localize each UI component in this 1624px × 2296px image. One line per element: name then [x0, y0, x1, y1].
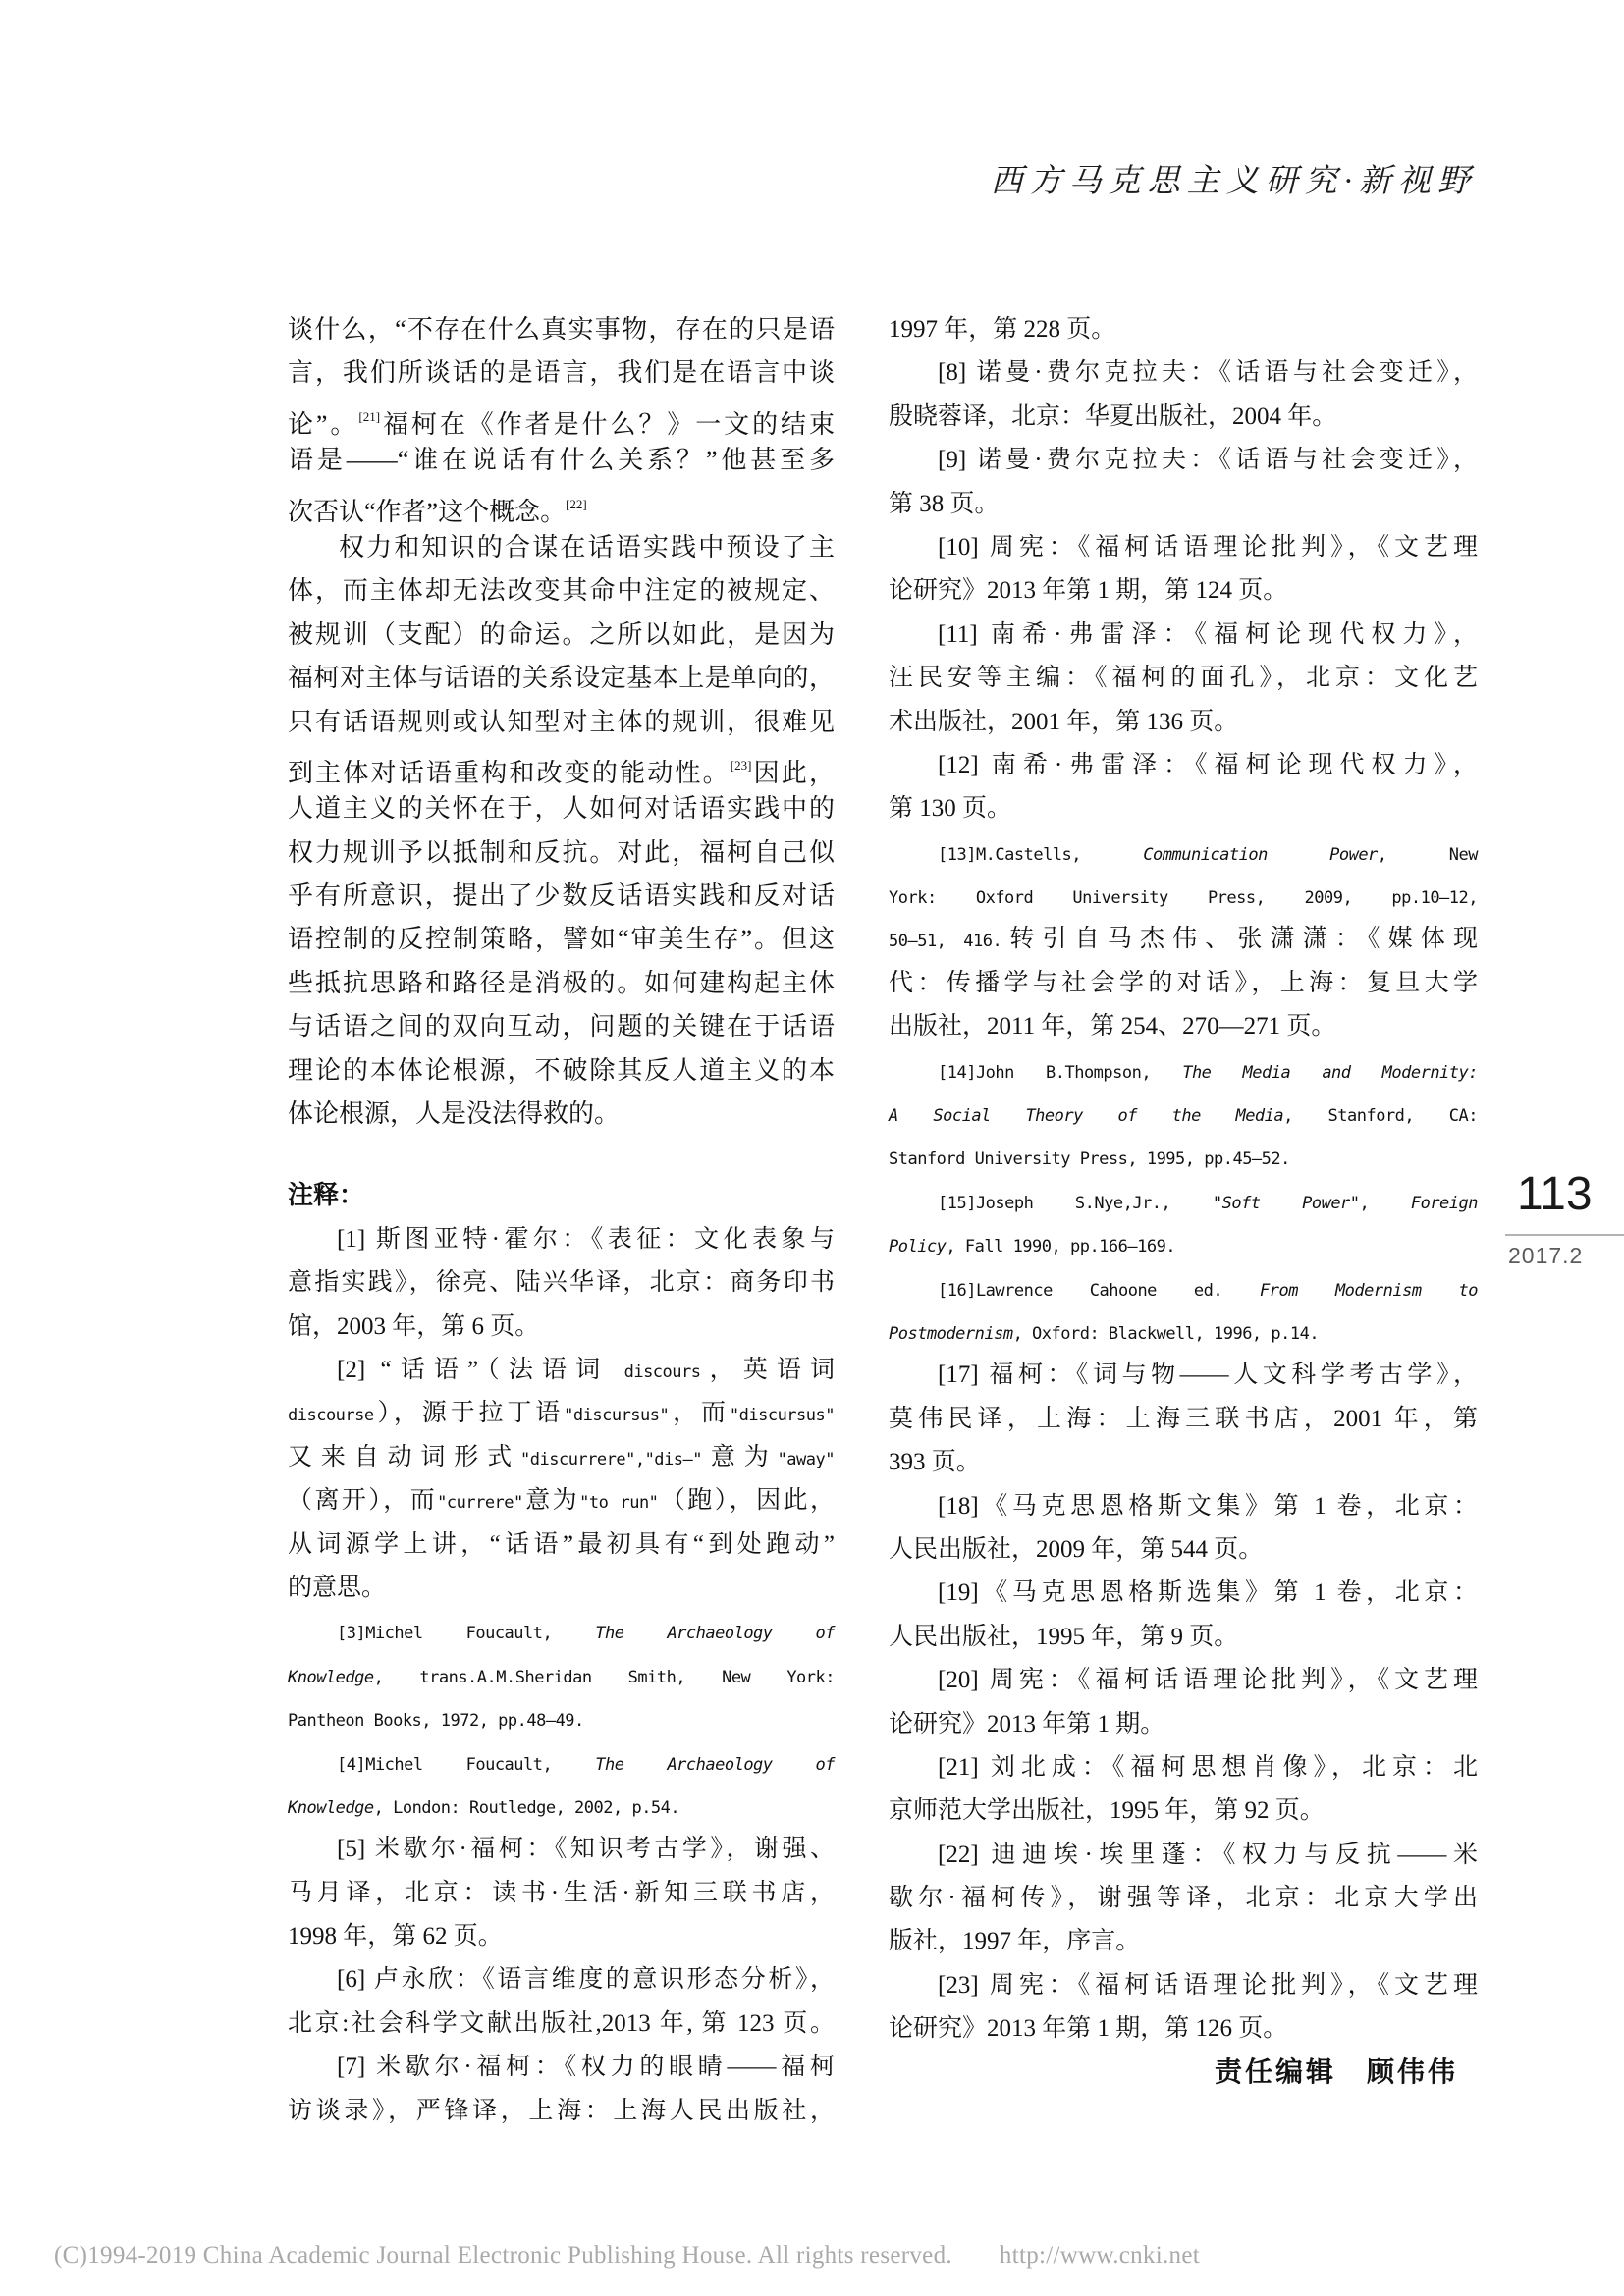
text-line: 次否认“作者”这个概念。[22]	[288, 483, 835, 526]
text-line: 1997 年，第 228 页。	[889, 308, 1478, 351]
column-left: 谈什么，“不存在什么真实事物，存在的只是语言，我们所谈话的是语言，我们是在语言中…	[288, 308, 835, 2133]
copyright-text: (C)1994-2019 China Academic Journal Elec…	[54, 2242, 952, 2269]
text-line: [10] 周宪：《福柯话语理论批判》，《文艺理	[889, 526, 1478, 569]
text-line: 代：传播学与社会学的对话》，上海：复旦大学	[889, 962, 1478, 1005]
text-line: [15]Joseph S.Nye,Jr., "Soft Power", Fore…	[889, 1180, 1478, 1223]
text-line: [1] 斯图亚特·霍尔：《表征：文化表象与	[288, 1218, 835, 1261]
text-line: Knowledge, trans.A.M.Sheridan Smith, New…	[288, 1654, 835, 1697]
text-line: 访谈录》，严锋译，上海：上海人民出版社，	[288, 2090, 835, 2133]
text-line: [16]Lawrence Cahoone ed. From Modernism …	[889, 1267, 1478, 1310]
text-line: 体，而主体却无法改变其命中注定的被规定、	[288, 569, 835, 613]
text-line: [18]《马克思恩格斯文集》第 1 卷，北京：	[889, 1485, 1478, 1528]
text-line: 的意思。	[288, 1567, 835, 1610]
issue-label: 2017.2	[1508, 1243, 1583, 1269]
text-line: 被规训（支配）的命运。之所以如此，是因为	[288, 614, 835, 657]
footer-url: http://www.cnki.net	[1000, 2242, 1200, 2269]
editor-line: 责任编辑 顾伟伟	[889, 2052, 1478, 2095]
notes-heading: 注释：	[288, 1174, 835, 1217]
text-line: [7] 米歇尔·福柯：《权力的眼睛——福柯	[288, 2046, 835, 2089]
text-line: Stanford University Press, 1995, pp.45—5…	[889, 1136, 1478, 1179]
text-line: 只有话语规则或认知型对主体的规训，很难见	[288, 701, 835, 744]
text-line: [21] 刘北成：《福柯思想肖像》，北京：北	[889, 1746, 1478, 1789]
column-right: 1997 年，第 228 页。[8] 诺曼·费尔克拉夫：《话语与社会变迁》，殷晓…	[889, 308, 1478, 2095]
text-line: [6] 卢永欣：《语言维度的意识形态分析》，	[288, 1958, 835, 2002]
text-line: 理论的本体论根源，不破除其反人道主义的本	[288, 1049, 835, 1093]
text-line: York: Oxford University Press, 2009, pp.…	[889, 875, 1478, 918]
text-line: [14]John B.Thompson, The Media and Moder…	[889, 1049, 1478, 1093]
text-line: 版社，1997 年，序言。	[889, 1920, 1478, 1963]
journal-page: 西方马克思主义研究·新视野 谈什么，“不存在什么真实事物，存在的只是语言，我们所…	[0, 0, 1624, 2296]
text-line: 福柯对主体与话语的关系设定基本上是单向的，	[288, 657, 835, 700]
text-line: 马月译，北京：读书·生活·新知三联书店，	[288, 1872, 835, 1915]
text-line: discourse），源于拉丁语"discursus"，而"discursus"	[288, 1392, 835, 1435]
text-line: 第 38 页。	[889, 483, 1478, 526]
text-line: 意指实践》，徐亮、陆兴华译，北京：商务印书	[288, 1261, 835, 1305]
text-line: 与话语之间的双向互动，问题的关键在于话语	[288, 1005, 835, 1048]
text-line: 393 页。	[889, 1441, 1478, 1484]
text-line: 出版社，2011 年，第 254、270—271 页。	[889, 1005, 1478, 1048]
text-line: Knowledge, London: Routledge, 2002, p.54…	[288, 1785, 835, 1828]
text-line: Pantheon Books, 1972, pp.48—49.	[288, 1697, 835, 1740]
text-line: A Social Theory of the Media, Stanford, …	[889, 1093, 1478, 1136]
text-line: Postmodernism, Oxford: Blackwell, 1996, …	[889, 1310, 1478, 1354]
text-line: 谈什么，“不存在什么真实事物，存在的只是语	[288, 308, 835, 351]
text-line: [23] 周宪：《福柯话语理论批判》，《文艺理	[889, 1964, 1478, 2007]
text-line: [19]《马克思恩格斯选集》第 1 卷，北京：	[889, 1572, 1478, 1615]
text-line: 言，我们所谈话的是语言，我们是在语言中谈	[288, 351, 835, 395]
text-line: [8] 诺曼·费尔克拉夫：《话语与社会变迁》，	[889, 351, 1478, 395]
text-line: 权力和知识的合谋在话语实践中预设了主	[288, 526, 835, 569]
text-line: 人民出版社，2009 年，第 544 页。	[889, 1528, 1478, 1572]
text-line: 京师范大学出版社，1995 年，第 92 页。	[889, 1789, 1478, 1833]
text-line: 50—51, 416.转引自马杰伟、张潇潇：《媒体现	[889, 918, 1478, 961]
text-line: Policy, Fall 1990, pp.166—169.	[889, 1223, 1478, 1266]
text-line: [22] 迪迪埃·埃里蓬：《权力与反抗——米	[889, 1834, 1478, 1877]
text-line: 1998 年，第 62 页。	[288, 1915, 835, 1958]
text-line: 语控制的反控制策略，譬如“审美生存”。但这	[288, 918, 835, 961]
text-line: 从词源学上讲，“话语”最初具有“到处跑动”	[288, 1523, 835, 1567]
text-line: 语是——“谁在说话有什么关系？”他甚至多	[288, 439, 835, 482]
running-head: 西方马克思主义研究·新视野	[991, 155, 1477, 201]
text-line: [2] “话语”（法语词 discours，英语词	[288, 1349, 835, 1392]
text-line: 论研究》2013 年第 1 期，第 124 页。	[889, 569, 1478, 613]
text-line: [5] 米歇尔·福柯：《知识考古学》，谢强、	[288, 1828, 835, 1871]
text-line: （离开），而"currere"意为"to run"（跑），因此，	[288, 1479, 835, 1522]
text-line: 莫伟民译，上海：上海三联书店，2001 年，第	[889, 1398, 1478, 1441]
text-line: [20] 周宪：《福柯话语理论批判》，《文艺理	[889, 1659, 1478, 1702]
text-line: 第 130 页。	[889, 787, 1478, 830]
text-line: 体论根源，人是没法得救的。	[288, 1093, 835, 1136]
text-line: [9] 诺曼·费尔克拉夫：《话语与社会变迁》，	[889, 439, 1478, 482]
text-line: [17] 福柯：《词与物——人文科学考古学》，	[889, 1354, 1478, 1397]
text-line: [13]M.Castells, Communication Power, New	[889, 831, 1478, 875]
text-line: 人民出版社，1995 年，第 9 页。	[889, 1616, 1478, 1659]
text-line: 歇尔·福柯传》，谢强等译，北京：北京大学出	[889, 1877, 1478, 1920]
text-line: 人道主义的关怀在于，人如何对话语实践中的	[288, 787, 835, 830]
text-line: 术出版社，2001 年，第 136 页。	[889, 701, 1478, 744]
text-line: 论研究》2013 年第 1 期。	[889, 1703, 1478, 1746]
text-line: 些抵抗思路和路径是消极的。如何建构起主体	[288, 962, 835, 1005]
text-line: 权力规训予以抵制和反抗。对此，福柯自己似	[288, 831, 835, 875]
copyright-footer: (C)1994-2019 China Academic Journal Elec…	[54, 2242, 1200, 2269]
text-line: 乎有所意识，提出了少数反话语实践和反对话	[288, 875, 835, 918]
page-number: 113	[1517, 1170, 1593, 1219]
text-line: 北京:社会科学文献出版社,2013 年, 第 123 页。	[288, 2002, 835, 2046]
text-line: 又来自动词形式"discurrere","dis—"意为"away"	[288, 1436, 835, 1479]
page-number-rule	[1505, 1234, 1624, 1236]
text-line: [3]Michel Foucault, The Archaeology of	[288, 1610, 835, 1653]
text-line: [4]Michel Foucault, The Archaeology of	[288, 1741, 835, 1785]
text-line: [11] 南希·弗雷泽：《福柯论现代权力》，	[889, 614, 1478, 657]
text-line: [12] 南希·弗雷泽：《福柯论现代权力》，	[889, 744, 1478, 787]
text-line: 论研究》2013 年第 1 期，第 126 页。	[889, 2007, 1478, 2051]
text-line: 殷晓蓉译，北京：华夏出版社，2004 年。	[889, 396, 1478, 439]
text-line: 到主体对话语重构和改变的能动性。[23]因此，	[288, 744, 835, 787]
text-line: 论”。[21]福柯在《作者是什么？》一文的结束	[288, 396, 835, 439]
text-line: 馆，2003 年，第 6 页。	[288, 1306, 835, 1349]
text-line: 汪民安等主编：《福柯的面孔》，北京：文化艺	[889, 657, 1478, 700]
